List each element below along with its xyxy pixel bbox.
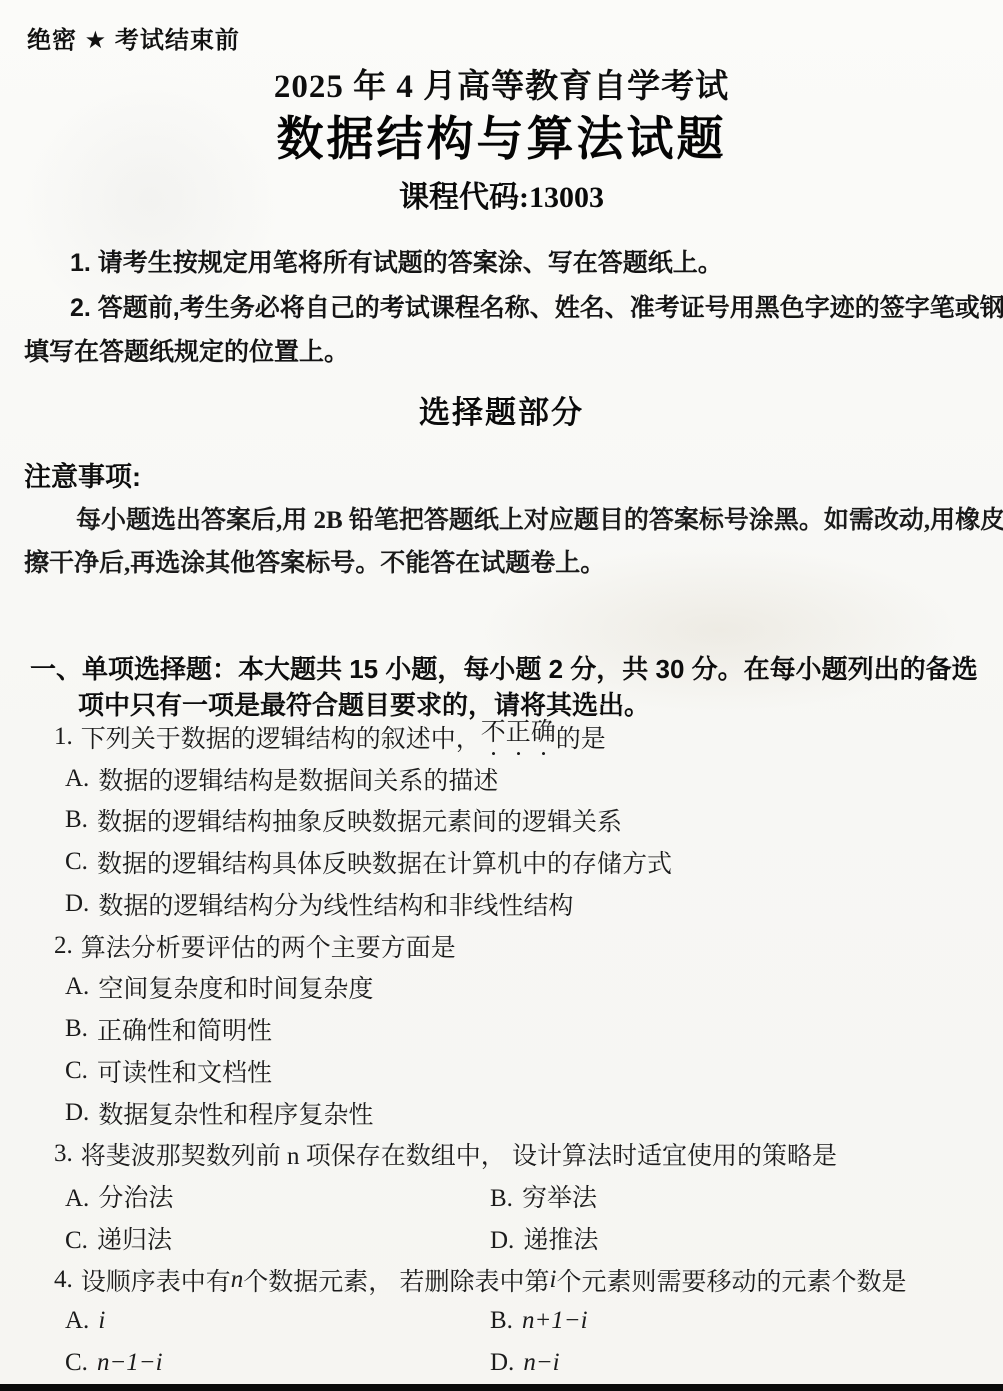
option-text: 数据复杂性和程序复杂性 xyxy=(98,1095,373,1131)
option-text: 空间复杂度和时间复杂度 xyxy=(98,969,373,1005)
option-text: n−1−i xyxy=(97,1349,163,1376)
questions-list: 1.下列关于数据的逻辑结构的叙述中， 不正确的是A.数据的逻辑结构是数据间关系的… xyxy=(0,716,1003,1384)
option: D.n−i xyxy=(490,1349,560,1377)
option-label: C. xyxy=(65,1227,88,1254)
question-stem: 2.算法分析要评估的两个主要方面是 xyxy=(0,925,1003,967)
stem-text: 个数据元素， 若删除表中第 xyxy=(243,1262,549,1298)
instruction-item-2-line-2: 填写在答题纸规定的位置上。 xyxy=(24,332,349,368)
option-row: C.递归法D.递推法 xyxy=(0,1217,1003,1259)
option-text: 数据的逻辑结构抽象反映数据元素间的逻辑关系 xyxy=(97,802,622,838)
exam-paper-page: 绝密 ★ 考试结束前 2025 年 4 月高等教育自学考试 数据结构与算法试题 … xyxy=(0,0,1003,1391)
question-number: 3. xyxy=(54,1140,73,1168)
classification-banner: 绝密 ★ 考试结束前 xyxy=(27,20,240,55)
option-text: 穷举法 xyxy=(522,1185,597,1212)
option-label: D. xyxy=(490,1349,514,1376)
option: A.数据的逻辑结构是数据间关系的描述 xyxy=(0,758,1003,800)
option-text: n+1−i xyxy=(522,1307,588,1334)
option-label: A. xyxy=(65,973,89,1001)
option-label: C. xyxy=(65,1349,88,1376)
question-number: 4. xyxy=(54,1266,73,1294)
option-text: 正确性和简明性 xyxy=(97,1011,272,1047)
option: C.n−1−i xyxy=(65,1349,490,1377)
instruction-item-1: 1. 请考生按规定用笔将所有试题的答案涂、写在答题纸上。 xyxy=(70,243,723,279)
option: D.数据复杂性和程序复杂性 xyxy=(0,1092,1003,1134)
option-label: D. xyxy=(490,1227,514,1254)
stem-text: 下列关于数据的逻辑结构的叙述中， xyxy=(81,719,481,755)
option-label: C. xyxy=(65,848,88,876)
notes-line-2: 擦干净后,再选涂其他答案标号。不能答在试题卷上。 xyxy=(24,543,605,579)
option: A.分治法 xyxy=(65,1178,490,1214)
option: B.n+1−i xyxy=(490,1307,588,1335)
stem-text: 算法分析要评估的两个主要方面是 xyxy=(81,928,456,964)
stem-emphasis-text: 不正确 xyxy=(481,712,556,761)
paper-title: 数据结构与算法试题 xyxy=(0,102,1003,169)
stem-text: 设顺序表中有 xyxy=(81,1262,231,1298)
option-text: 递推法 xyxy=(523,1227,598,1254)
option: C.数据的逻辑结构具体反映数据在计算机中的存储方式 xyxy=(0,841,1003,883)
option-label: D. xyxy=(65,1099,89,1127)
stem-text: 将斐波那契数列前 n 项保存在数组中， 设计算法时适宜使用的策略是 xyxy=(81,1136,837,1172)
option: C.可读性和文档性 xyxy=(0,1050,1003,1092)
option: C.递归法 xyxy=(65,1220,490,1256)
stem-text: 的是 xyxy=(556,719,606,755)
instruction-item-2-line-1: 2. 答题前,考生务必将自己的考试课程名称、姓名、准考证号用黑色字迹的签字笔或钢… xyxy=(70,288,1003,324)
option-row: A.分治法B.穷举法 xyxy=(0,1175,1003,1217)
option: A.空间复杂度和时间复杂度 xyxy=(0,967,1003,1009)
option-text: 递归法 xyxy=(97,1227,172,1254)
option-text: 分治法 xyxy=(98,1185,173,1212)
option-label: D. xyxy=(65,890,89,918)
option-label: A. xyxy=(65,1185,89,1212)
scan-edge-bar xyxy=(0,1384,1003,1391)
option-text: 可读性和文档性 xyxy=(97,1053,272,1089)
option-label: B. xyxy=(490,1307,513,1334)
option-label: B. xyxy=(65,806,88,834)
stem-text: n xyxy=(231,1266,244,1294)
option-text: n−i xyxy=(523,1349,559,1376)
option: B.穷举法 xyxy=(490,1178,597,1214)
option: B.正确性和简明性 xyxy=(0,1008,1003,1050)
option-label: A. xyxy=(65,1307,89,1334)
question-number: 2. xyxy=(54,932,73,960)
exam-session-title: 2025 年 4 月高等教育自学考试 xyxy=(0,60,1003,107)
stem-text: i xyxy=(550,1266,557,1294)
option-label: B. xyxy=(65,1015,88,1043)
option-label: A. xyxy=(65,765,89,793)
option: A.i xyxy=(65,1307,490,1335)
option-text: i xyxy=(98,1307,105,1334)
option: D.递推法 xyxy=(490,1220,598,1256)
question-stem: 1.下列关于数据的逻辑结构的叙述中， 不正确的是 xyxy=(0,716,1003,758)
option-label: B. xyxy=(490,1185,513,1212)
choice-part-title: 选择题部分 xyxy=(0,387,1003,432)
option-text: 数据的逻辑结构是数据间关系的描述 xyxy=(98,761,498,797)
option: D.数据的逻辑结构分为线性结构和非线性结构 xyxy=(0,883,1003,925)
notes-line-1: 每小题选出答案后,用 2B 铅笔把答题纸上对应题目的答案标号涂黑。如需改动,用橡… xyxy=(76,500,1003,536)
option-text: 数据的逻辑结构分为线性结构和非线性结构 xyxy=(98,886,573,922)
option-row: C.n−1−iD.n−i xyxy=(0,1342,1003,1384)
option-label: C. xyxy=(65,1057,88,1085)
question-number: 1. xyxy=(54,723,73,751)
notes-heading: 注意事项: xyxy=(24,455,141,494)
option-text: 数据的逻辑结构具体反映数据在计算机中的存储方式 xyxy=(97,844,672,880)
question-stem: 4.设顺序表中有 n 个数据元素， 若删除表中第 i 个元素则需要移动的元素个数… xyxy=(0,1259,1003,1301)
option: B.数据的逻辑结构抽象反映数据元素间的逻辑关系 xyxy=(0,800,1003,842)
section-1-heading-line-1: 一、单项选择题：本大题共 15 小题，每小题 2 分，共 30 分。在每小题列出… xyxy=(30,649,978,686)
stem-text: 个元素则需要移动的元素个数是 xyxy=(556,1262,906,1298)
option-row: A.iB.n+1−i xyxy=(0,1301,1003,1343)
question-stem: 3.将斐波那契数列前 n 项保存在数组中， 设计算法时适宜使用的策略是 xyxy=(0,1134,1003,1176)
course-code: 课程代码:13003 xyxy=(0,172,1003,216)
